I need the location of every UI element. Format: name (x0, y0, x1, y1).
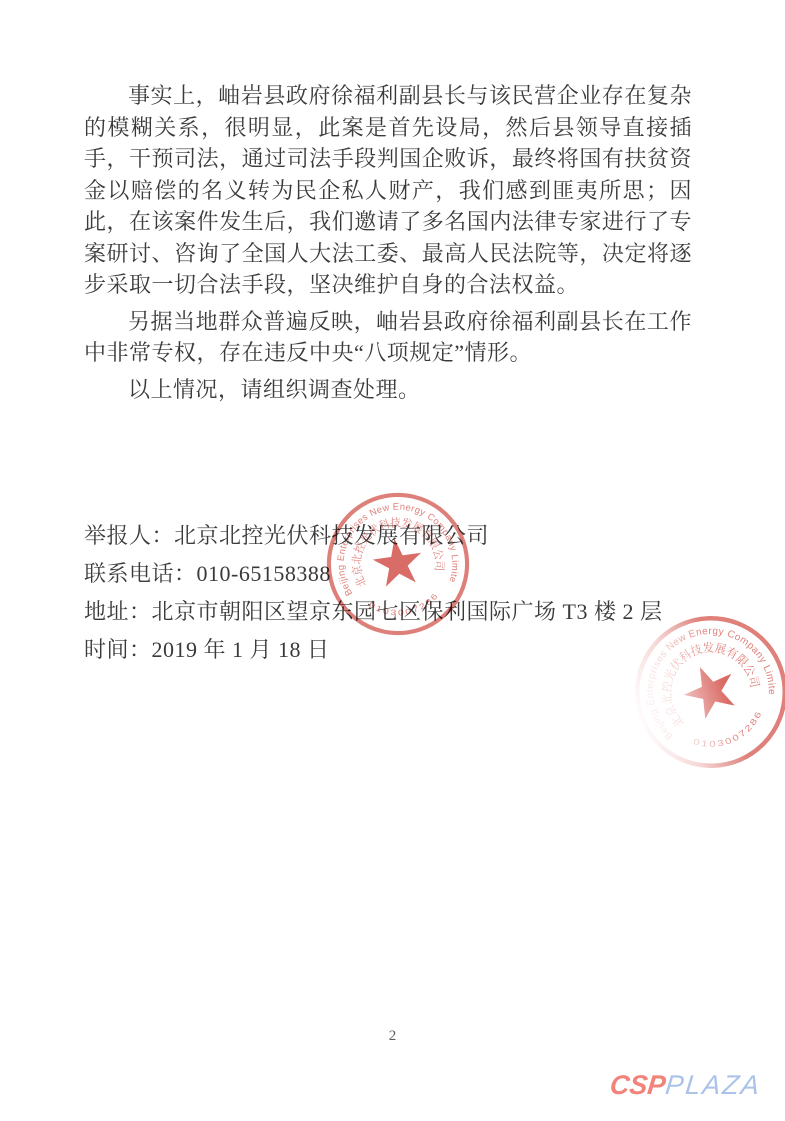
signature-line-phone: 联系电话：010-65158388 (84, 555, 704, 593)
watermark-plaza: PLAZA (664, 1070, 763, 1100)
svg-text:0103007286: 0103007286 (689, 706, 771, 760)
letter-body: 事实上，岫岩县政府徐福利副县长与该民营企业存在复杂的模糊关系，很明显，此案是首先… (84, 80, 692, 405)
signature-line-reporter: 举报人：北京北控光伏科技发展有限公司 (84, 517, 704, 555)
paragraph-local-reports: 另据当地群众普遍反映，岫岩县政府徐福利副县长在工作中非常专权，存在违反中央“八项… (84, 306, 692, 369)
page-number: 2 (0, 1028, 785, 1045)
seal-serial-number: 0103007286 (689, 706, 771, 760)
signature-line-date: 时间：2019 年 1 月 18 日 (84, 631, 704, 669)
watermark-csp: CSP (608, 1070, 667, 1100)
signature-block: 举报人：北京北控光伏科技发展有限公司 联系电话：010-65158388 地址：… (84, 517, 704, 669)
scanned-letter-page: 事实上，岫岩县政府徐福利副县长与该民营企业存在复杂的模糊关系，很明显，此案是首先… (0, 0, 785, 1121)
csp-plaza-watermark: CSPPLAZA (608, 1070, 762, 1101)
signature-line-address: 地址：北京市朝阳区望京东园七区保利国际广场 T3 楼 2 层 (84, 593, 704, 631)
paragraph-facts: 事实上，岫岩县政府徐福利副县长与该民营企业存在复杂的模糊关系，很明显，此案是首先… (84, 80, 692, 301)
paragraph-request: 以上情况，请组织调查处理。 (84, 374, 692, 406)
